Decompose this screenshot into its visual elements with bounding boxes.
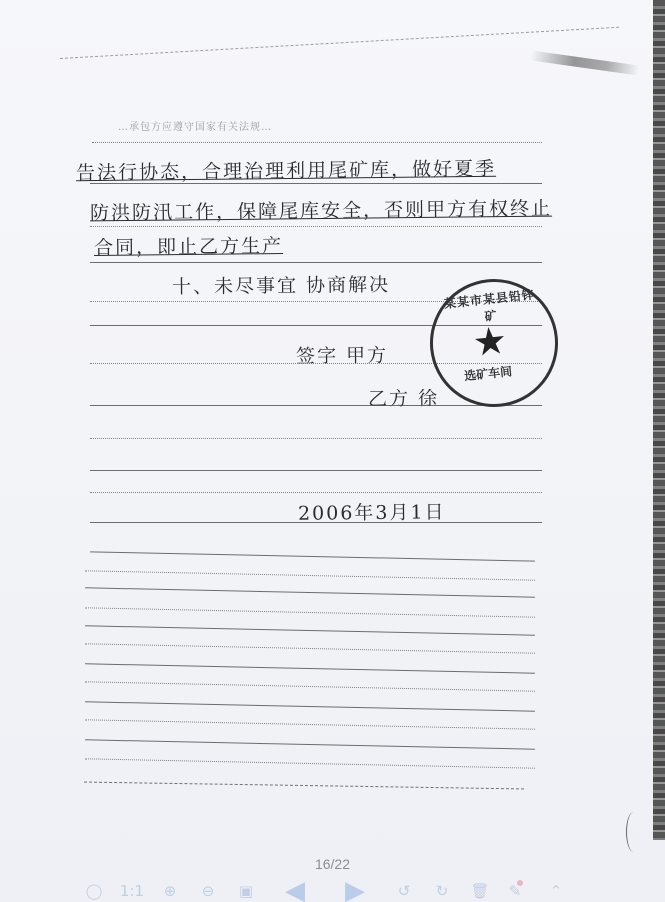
- handwriting-line-1: 告法行协态，合理治理利用尾矿库，做好夏季: [76, 154, 496, 185]
- rotate-right-icon[interactable]: ↻: [423, 880, 461, 902]
- previous-arrow-icon[interactable]: ◀: [265, 880, 325, 902]
- ruled-line: [85, 681, 535, 691]
- edit-icon[interactable]: ✎: [499, 880, 537, 902]
- ruled-line: [90, 226, 542, 227]
- viewer-toolbar: ◯ 1:1 ⊕ ⊖ ▣ ◀ ▶ ↺ ↻ 🗑 ✎ ⌃: [75, 880, 595, 902]
- scanned-document-page: …承包方应遵守国家有关法规… 告法行协态，合理治理利用尾矿库，做好夏季 防洪防汛…: [0, 0, 665, 902]
- ruled-line: [90, 492, 542, 493]
- printed-header: …承包方应遵守国家有关法规…: [118, 118, 272, 133]
- header-rule: [92, 142, 542, 143]
- ruled-line: [85, 701, 535, 711]
- page-curl: [626, 812, 641, 852]
- mouse-icon[interactable]: ◯: [75, 880, 113, 902]
- ruled-line: [85, 719, 535, 729]
- ruled-line: [90, 262, 542, 263]
- handwriting-line-2: 防洪防汛工作，保障尾库安全，否则甲方有权终止: [90, 194, 552, 226]
- zoom-in-icon[interactable]: ⊕: [151, 880, 189, 902]
- ruled-line: [90, 438, 542, 439]
- handwriting-line-4: 十、未尽事宜 协商解决: [172, 270, 390, 299]
- ruled-line: [85, 739, 535, 749]
- ruled-line: [85, 587, 535, 597]
- ruled-line: [90, 551, 535, 561]
- seal-bottom-text: 选矿车间: [463, 362, 513, 384]
- ruled-line: [85, 625, 535, 635]
- ruled-line: [85, 643, 535, 653]
- zoom-out-icon[interactable]: ⊖: [189, 880, 227, 902]
- ruled-line: [85, 607, 535, 617]
- ruled-line: [90, 405, 542, 406]
- notification-dot: [517, 880, 523, 886]
- scan-smudge: [530, 50, 640, 75]
- ruled-line: [85, 663, 535, 673]
- rotate-left-icon[interactable]: ↺: [385, 880, 423, 902]
- handwriting-signature-party-a: 签字 甲方: [296, 341, 388, 369]
- slideshow-icon[interactable]: ▣: [227, 880, 265, 902]
- delete-icon[interactable]: 🗑: [461, 880, 499, 902]
- ruled-line: [85, 570, 535, 580]
- ruled-line: [85, 758, 535, 768]
- official-seal: 某某市某县铅锌矿 ★ 选矿车间: [424, 273, 565, 414]
- scanner-edge: [653, 0, 665, 840]
- collapse-icon[interactable]: ⌃: [537, 880, 575, 902]
- handwriting-line-3: 合同，即止乙方生产: [94, 231, 283, 260]
- actual-size-button[interactable]: 1:1: [113, 880, 151, 902]
- ruled-line: [90, 183, 542, 184]
- handwriting-signature-party-b: 乙方 徐: [368, 384, 439, 412]
- ruled-line: [90, 522, 542, 523]
- next-arrow-icon[interactable]: ▶: [325, 880, 385, 902]
- ruled-line: [90, 470, 542, 471]
- star-icon: ★: [471, 321, 509, 362]
- bottom-dashed-rule: [84, 782, 524, 790]
- page-counter: 16/22: [0, 856, 665, 872]
